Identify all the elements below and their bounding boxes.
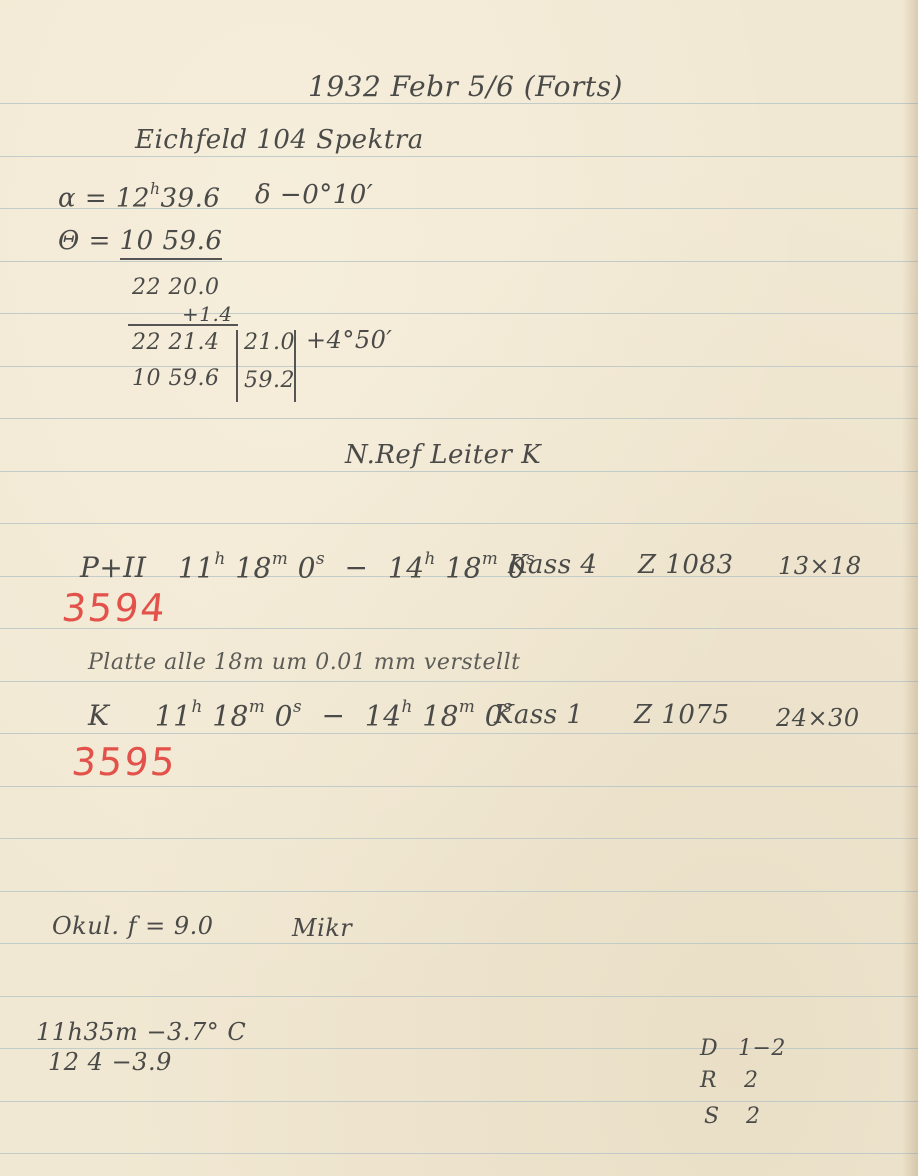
exposure-2-target: K	[88, 699, 109, 732]
theta-value: 10 59.6	[120, 226, 223, 260]
temp-1-time: 11h35m	[36, 1018, 138, 1046]
ruled-line	[0, 786, 918, 787]
exposure-2-line: K 11h 18m 0s − 14h 18m 0s	[88, 696, 512, 732]
exposure-2-plate: Z 1075	[634, 700, 730, 730]
ruled-line	[0, 733, 918, 734]
exposure-2-start-m: 18	[212, 699, 249, 732]
ruled-line	[0, 523, 918, 524]
declination: δ −0°10′	[255, 180, 373, 210]
field-subtitle: Eichfeld 104 Spektra	[135, 125, 424, 155]
condition-row: S2	[704, 1104, 761, 1129]
condition-symbol: R	[700, 1068, 744, 1093]
condition-row: D1−2	[700, 1036, 786, 1061]
sum-line	[128, 324, 238, 326]
ruled-line	[0, 838, 918, 839]
ocular-note: Mikr	[292, 914, 352, 942]
condition-row: R2	[700, 1068, 759, 1093]
exposure-1-size: 13×18	[778, 552, 862, 580]
calc-row-1: 22 20.0	[132, 275, 219, 300]
exposure-1-start-h: 11	[178, 551, 215, 584]
exposure-2-note: Platte alle 18m um 0.01 mm verstellt	[88, 650, 520, 675]
section-title: N.Ref Leiter K	[345, 440, 541, 470]
page-date-heading: 1932 Febr 5/6 (Forts)	[308, 70, 623, 103]
alpha-label: α =	[58, 183, 107, 213]
ruled-line	[0, 681, 918, 682]
exposure-2-start-s: 0	[275, 699, 293, 732]
temperature-row-2: 12 4 −3.9	[48, 1048, 172, 1076]
condition-symbol: S	[704, 1104, 746, 1129]
ruled-line	[0, 943, 918, 944]
notebook-page: 1932 Febr 5/6 (Forts) Eichfeld 104 Spekt…	[0, 0, 918, 1176]
exposure-1-plate: Z 1083	[638, 550, 734, 580]
exposure-1-target: P+II	[80, 551, 146, 584]
exposure-2-start-h: 11	[155, 699, 192, 732]
condition-value: 2	[744, 1068, 759, 1093]
calc-row-3-left: 10 59.6	[132, 366, 219, 391]
temp-2-value: −3.9	[112, 1048, 172, 1076]
ruled-line	[0, 418, 918, 419]
ocular-focal-length: Okul. f = 9.0	[52, 912, 214, 940]
ruled-line	[0, 996, 918, 997]
ruled-line	[0, 103, 918, 104]
calc-row-2-left: 22 21.4	[132, 330, 219, 355]
exposure-2-size: 24×30	[776, 704, 860, 732]
exposure-2-end-m: 18	[422, 699, 459, 732]
exposure-2-plate-number: 3595	[70, 740, 179, 784]
exposure-1-start-s: 0	[298, 551, 316, 584]
calc-row-3-mid: 59.2	[244, 368, 295, 393]
ruled-line	[0, 313, 918, 314]
column-divider-1	[236, 330, 238, 402]
exposure-1-end-m: 18	[445, 551, 482, 584]
ruled-line	[0, 471, 918, 472]
condition-symbol: D	[700, 1036, 738, 1061]
calc-correction: +1.4	[182, 302, 233, 326]
ruled-line	[0, 1153, 918, 1154]
page-edge-shadow	[902, 0, 918, 1176]
exposure-1-end-h: 14	[388, 551, 425, 584]
temp-1-value: −3.7° C	[146, 1018, 246, 1046]
alpha-hours: 12	[116, 183, 150, 213]
right-ascension: α = 12h39.6	[58, 180, 220, 213]
exposure-1-start-m: 18	[235, 551, 272, 584]
sidereal-time: Θ = 10 59.6	[58, 226, 222, 256]
calc-row-2-right: +4°50′	[306, 326, 392, 354]
exposure-2-end-h: 14	[365, 699, 402, 732]
ruled-line	[0, 1101, 918, 1102]
exposure-1-cassette: Kass 4	[508, 550, 597, 580]
ruled-line	[0, 261, 918, 262]
theta-label: Θ =	[58, 226, 111, 256]
calc-row-2-mid: 21.0	[244, 330, 295, 355]
alpha-minutes: 39.6	[161, 183, 221, 213]
exposure-1-plate-number: 3594	[60, 586, 169, 630]
exposure-2-cassette: Kass 1	[494, 700, 583, 730]
ruled-line	[0, 891, 918, 892]
ruled-line	[0, 156, 918, 157]
exposure-1-line: P+II 11h 18m 0s − 14h 18m 0s	[80, 548, 535, 584]
condition-value: 1−2	[738, 1036, 786, 1061]
temperature-row-1: 11h35m −3.7° C	[36, 1018, 246, 1046]
temp-2-time: 12 4	[48, 1048, 103, 1076]
condition-value: 2	[746, 1104, 761, 1129]
